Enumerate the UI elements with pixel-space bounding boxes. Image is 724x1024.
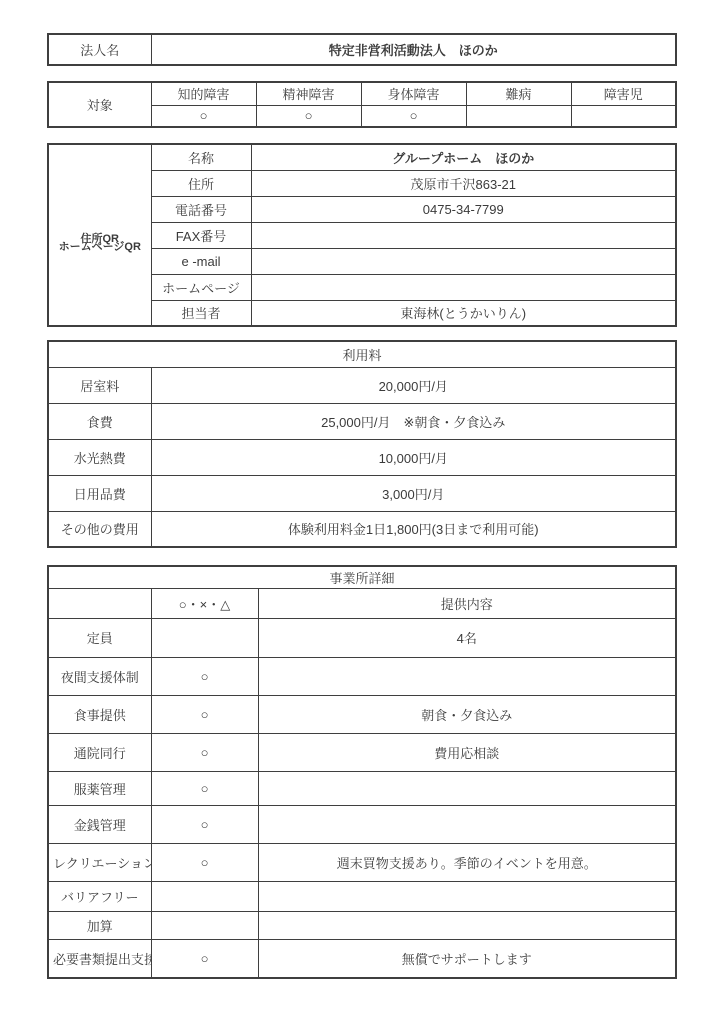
- qr-cell: 住所QR ホームページQR: [48, 144, 151, 326]
- detail-mark-capacity: [151, 618, 258, 657]
- detail-label-addition: 加算: [48, 911, 151, 939]
- detail-content-night-support: [258, 657, 676, 695]
- details-title: 事業所詳細: [48, 566, 676, 588]
- target-column-intractable: 難病: [466, 82, 571, 105]
- target-mark-children: [571, 105, 676, 127]
- contact-label-address: 住所: [151, 170, 251, 196]
- fee-label-daily-goods: 日用品費: [48, 475, 151, 511]
- detail-mark-money-management: ○: [151, 805, 258, 843]
- detail-content-medication: [258, 771, 676, 805]
- detail-mark-hospital-accompany: ○: [151, 733, 258, 771]
- contact-value-email: [251, 248, 676, 274]
- target-column-mental: 精神障害: [256, 82, 361, 105]
- contact-value-fax: [251, 222, 676, 248]
- detail-content-money-management: [258, 805, 676, 843]
- target-mark-intellectual: ○: [151, 105, 256, 127]
- detail-mark-document-support: ○: [151, 939, 258, 978]
- target-mark-intractable: [466, 105, 571, 127]
- contact-value-address: 茂原市千沢863-21: [251, 170, 676, 196]
- fee-label-meal: 食費: [48, 403, 151, 439]
- fee-label-other: その他の費用: [48, 511, 151, 547]
- details-corner-cell: [48, 588, 151, 618]
- detail-label-capacity: 定員: [48, 618, 151, 657]
- detail-mark-addition: [151, 911, 258, 939]
- detail-content-barrier-free: [258, 881, 676, 911]
- target-mark-physical: ○: [361, 105, 466, 127]
- fee-value-daily-goods: 3,000円/月: [151, 475, 676, 511]
- target-column-children: 障害児: [571, 82, 676, 105]
- detail-label-hospital-accompany: 通院同行: [48, 733, 151, 771]
- fee-label-utilities: 水光熱費: [48, 439, 151, 475]
- contact-label-fax: FAX番号: [151, 222, 251, 248]
- homepage-qr-label: ホームページQR: [49, 238, 151, 254]
- detail-mark-recreation: ○: [151, 843, 258, 881]
- contact-value-homepage: [251, 274, 676, 300]
- target-label: 対象: [48, 82, 151, 127]
- detail-mark-medication: ○: [151, 771, 258, 805]
- detail-label-recreation: レクリエーション: [48, 843, 151, 881]
- detail-label-medication: 服薬管理: [48, 771, 151, 805]
- target-column-physical: 身体障害: [361, 82, 466, 105]
- detail-mark-meals: ○: [151, 695, 258, 733]
- fees-table: 利用料 居室料 20,000円/月 食費 25,000円/月 ※朝食・夕食込み …: [47, 340, 677, 548]
- contact-value-person: 東海林(とうかいりん): [251, 300, 676, 326]
- contact-label-name: 名称: [151, 144, 251, 170]
- contact-table: 住所QR ホームページQR 名称 グループホーム ほのか 住所 茂原市千沢863…: [47, 143, 677, 327]
- corporate-name-table: 法人名 特定非営利活動法人 ほのか: [47, 33, 677, 66]
- details-content-header: 提供内容: [258, 588, 676, 618]
- target-column-intellectual: 知的障害: [151, 82, 256, 105]
- detail-content-meals: 朝食・夕食込み: [258, 695, 676, 733]
- target-table: 対象 知的障害 精神障害 身体障害 難病 障害児 ○ ○ ○: [47, 81, 677, 128]
- details-mark-header: ○・×・△: [151, 588, 258, 618]
- detail-content-document-support: 無償でサポートします: [258, 939, 676, 978]
- detail-label-money-management: 金銭管理: [48, 805, 151, 843]
- detail-content-addition: [258, 911, 676, 939]
- fee-label-room: 居室料: [48, 367, 151, 403]
- fee-value-room: 20,000円/月: [151, 367, 676, 403]
- fee-value-meal: 25,000円/月 ※朝食・夕食込み: [151, 403, 676, 439]
- facility-info-sheet: 法人名 特定非営利活動法人 ほのか 対象 知的障害 精神障害 身体障害 難病 障…: [0, 0, 724, 1024]
- corporate-name-label: 法人名: [48, 34, 151, 65]
- contact-value-phone: 0475-34-7799: [251, 196, 676, 222]
- fee-value-other: 体験利用料金1日1,800円(3日まで利用可能): [151, 511, 676, 547]
- contact-label-phone: 電話番号: [151, 196, 251, 222]
- detail-label-document-support: 必要書類提出支援: [48, 939, 151, 978]
- detail-content-hospital-accompany: 費用応相談: [258, 733, 676, 771]
- detail-mark-barrier-free: [151, 881, 258, 911]
- fee-value-utilities: 10,000円/月: [151, 439, 676, 475]
- details-table: 事業所詳細 ○・×・△ 提供内容 定員 4名 夜間支援体制 ○ 食事提供 ○ 朝…: [47, 565, 677, 979]
- detail-content-capacity: 4名: [258, 618, 676, 657]
- contact-label-homepage: ホームページ: [151, 274, 251, 300]
- contact-label-email: e -mail: [151, 248, 251, 274]
- corporate-name-value: 特定非営利活動法人 ほのか: [151, 34, 676, 65]
- contact-label-person: 担当者: [151, 300, 251, 326]
- target-mark-mental: ○: [256, 105, 361, 127]
- contact-value-name: グループホーム ほのか: [251, 144, 676, 170]
- fees-title: 利用料: [48, 341, 676, 367]
- detail-label-night-support: 夜間支援体制: [48, 657, 151, 695]
- detail-content-recreation: 週末買物支援あり。季節のイベントを用意。: [258, 843, 676, 881]
- detail-label-meals: 食事提供: [48, 695, 151, 733]
- detail-mark-night-support: ○: [151, 657, 258, 695]
- detail-label-barrier-free: バリアフリー: [48, 881, 151, 911]
